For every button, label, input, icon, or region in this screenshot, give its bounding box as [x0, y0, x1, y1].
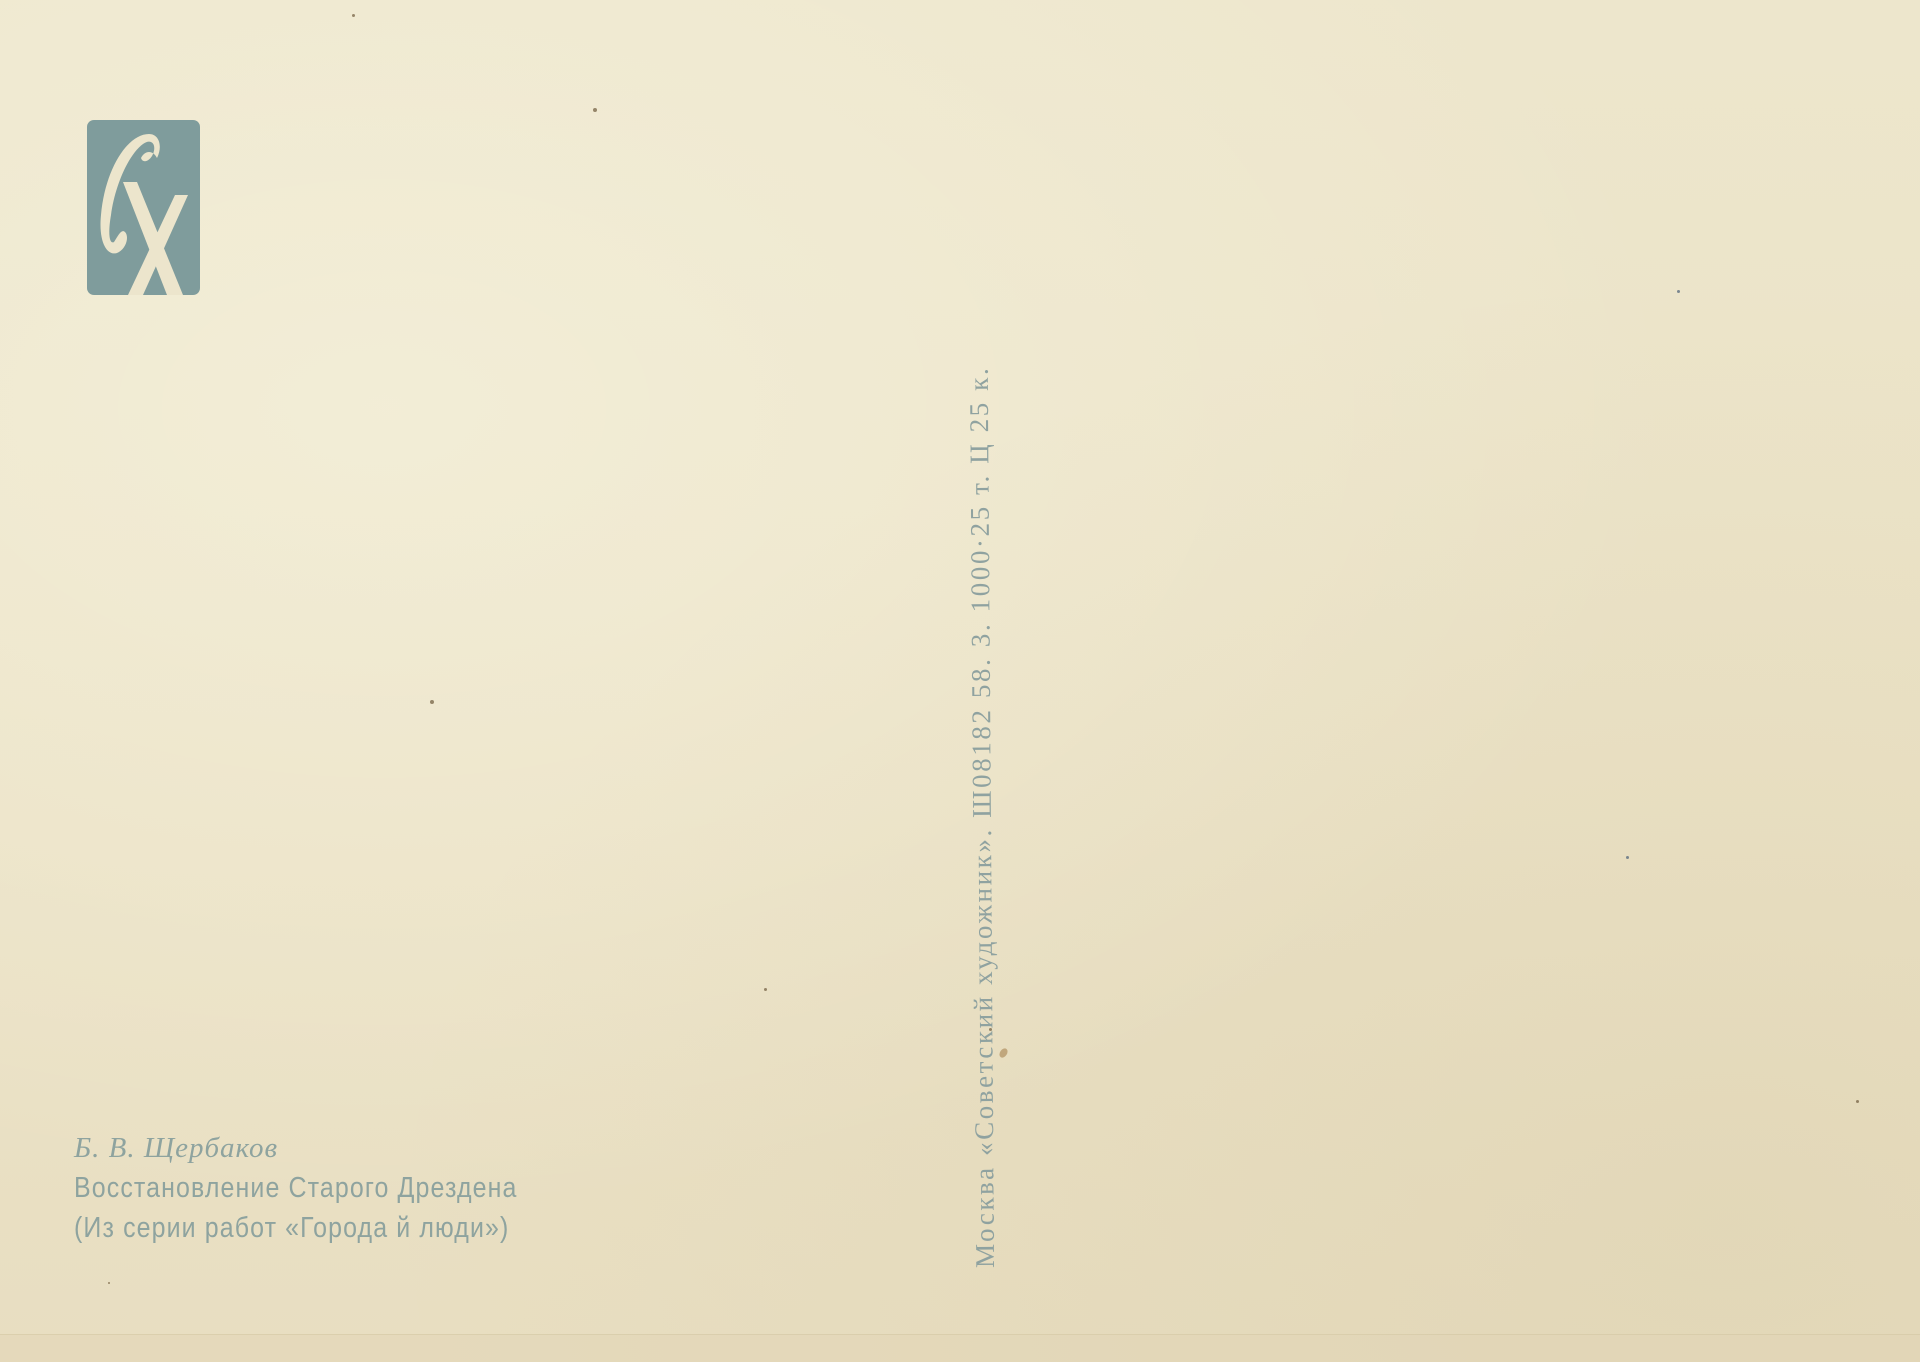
paper-speck: [764, 988, 767, 991]
paper-speck: [1856, 1100, 1859, 1103]
publisher-logo-icon: [87, 120, 200, 295]
paper-speck: [352, 14, 355, 17]
artist-name: Б. В. Щербаков: [74, 1128, 590, 1168]
paper-speck: [989, 1028, 992, 1031]
artwork-caption: Б. В. Щербаков Восстановление Старого Др…: [74, 1128, 590, 1248]
paper-speck: [430, 700, 434, 704]
paper-speck: [108, 1282, 110, 1284]
paper-speck: [1626, 856, 1629, 859]
paper-speck: [1677, 290, 1680, 293]
card-bottom-edge: [0, 1334, 1920, 1362]
series-note: (Из серии работ «Города й люди»): [74, 1208, 518, 1248]
paper-speck: [593, 108, 597, 112]
artwork-title: Восстановление Старого Дрездена: [74, 1168, 518, 1208]
